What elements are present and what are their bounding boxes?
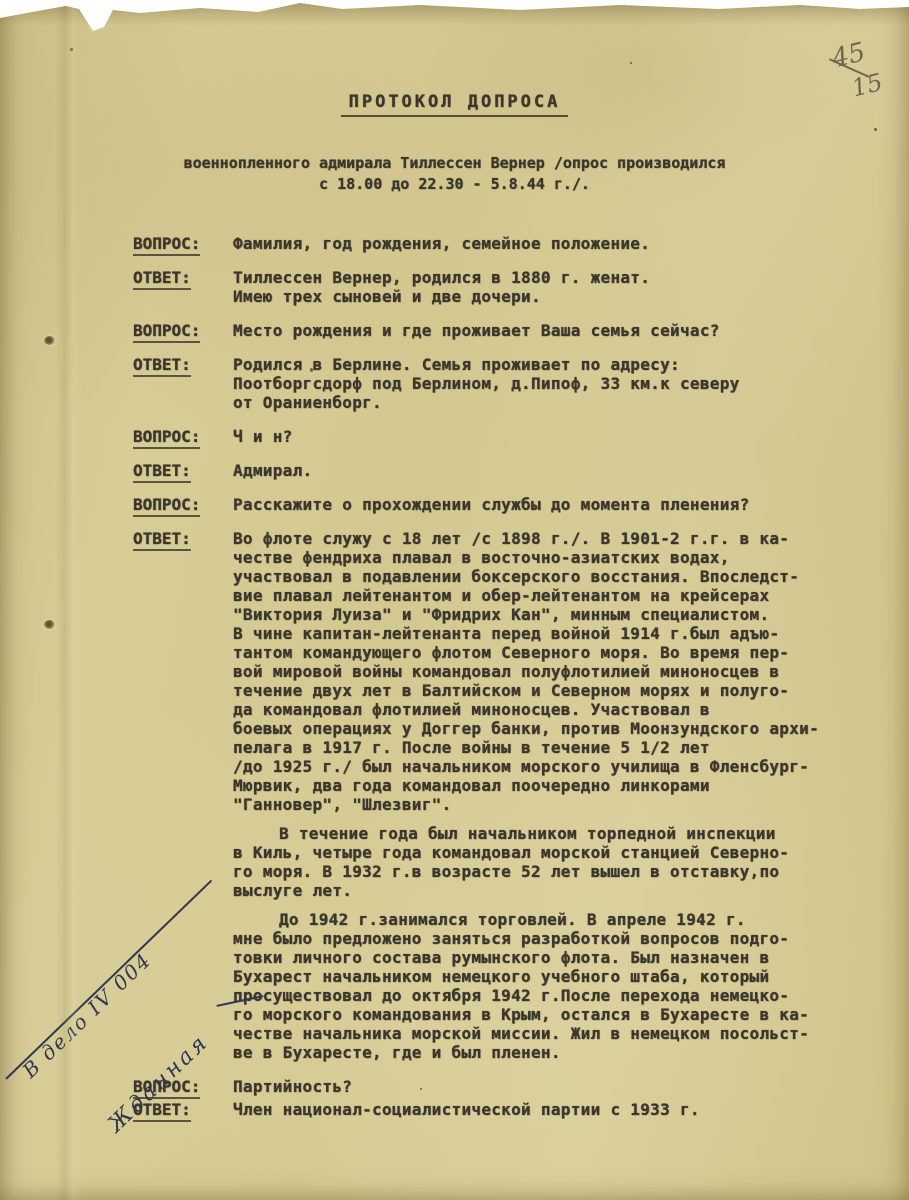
ink-speck bbox=[70, 48, 73, 51]
question-text: Расскажите о прохождении службы до момен… bbox=[233, 495, 873, 514]
answer-label: ОТВЕТ: bbox=[133, 268, 191, 290]
ink-speck bbox=[420, 1088, 422, 1090]
ink-speck bbox=[310, 368, 313, 372]
question-text: Место рождения и где проживает Ваша семь… bbox=[233, 321, 873, 340]
question-label: ВОПРОС: bbox=[133, 321, 200, 343]
qa-question-1: ВОПРОС: Фамилия, год рождения, семейное … bbox=[133, 234, 873, 253]
answer-label: ОТВЕТ: bbox=[133, 461, 191, 483]
qa-answer-1: ОТВЕТ: Тиллессен Вернер, родился в 1880 … bbox=[133, 268, 873, 306]
ink-speck bbox=[874, 128, 877, 131]
answer-paragraph-3: До 1942 г.занимался торговлей. В апреле … bbox=[233, 910, 873, 1062]
qa-answer-3: ОТВЕТ: Адмирал. bbox=[133, 461, 873, 480]
qa-answer-5: ОТВЕТ: Член национал-социалистической па… bbox=[133, 1100, 873, 1119]
question-label: ВОПРОС: bbox=[133, 495, 200, 517]
answer-text: Родился в Берлине. Семья проживает по ад… bbox=[233, 355, 873, 412]
ink-speck bbox=[630, 62, 632, 64]
question-text: Ч и н? bbox=[233, 427, 873, 446]
answer-text: Член национал-социалистической партии с … bbox=[233, 1100, 873, 1119]
punch-hole bbox=[44, 336, 55, 345]
document-title: ПРОТОКОЛ ДОПРОСА bbox=[0, 92, 909, 112]
answer-text: Адмирал. bbox=[233, 461, 873, 480]
page-number: 15 bbox=[849, 68, 885, 103]
qa-answer-2: ОТВЕТ: Родился в Берлине. Семья проживае… bbox=[133, 355, 873, 412]
answer-paragraph-1: Во флоте служу с 18 лет /с 1898 г./. В 1… bbox=[233, 529, 873, 814]
answer-label: ОТВЕТ: bbox=[133, 355, 191, 377]
question-label: ВОПРОС: bbox=[133, 234, 200, 256]
qa-question-2: ВОПРОС: Место рождения и где проживает В… bbox=[133, 321, 873, 340]
scanned-document: ПРОТОКОЛ ДОПРОСА военнопленного адмирала… bbox=[0, 0, 909, 1200]
qa-answer-4: ОТВЕТ: Во флоте служу с 18 лет /с 1898 г… bbox=[133, 529, 873, 1062]
question-text: Фамилия, год рождения, семейное положени… bbox=[233, 234, 873, 253]
document-subtitle: военнопленного адмирала Тиллессен Вернер… bbox=[0, 153, 909, 195]
paper-sheet: ПРОТОКОЛ ДОПРОСА военнопленного адмирала… bbox=[0, 0, 909, 1200]
question-text: Партийность? bbox=[233, 1077, 873, 1096]
answer-paragraph-2: В течение года был начальником торпедной… bbox=[233, 824, 873, 900]
punch-hole bbox=[44, 620, 55, 629]
qa-question-4: ВОПРОС: Расскажите о прохождении службы … bbox=[133, 495, 873, 514]
answer-text: Тиллессен Вернер, родился в 1880 г. жена… bbox=[233, 268, 873, 306]
qa-question-3: ВОПРОС: Ч и н? bbox=[133, 427, 873, 446]
qa-question-5: ВОПРОС: Партийность? bbox=[133, 1077, 873, 1096]
question-label: ВОПРОС: bbox=[133, 427, 200, 449]
ink-speck bbox=[700, 922, 702, 925]
answer-label: ОТВЕТ: bbox=[133, 529, 191, 551]
